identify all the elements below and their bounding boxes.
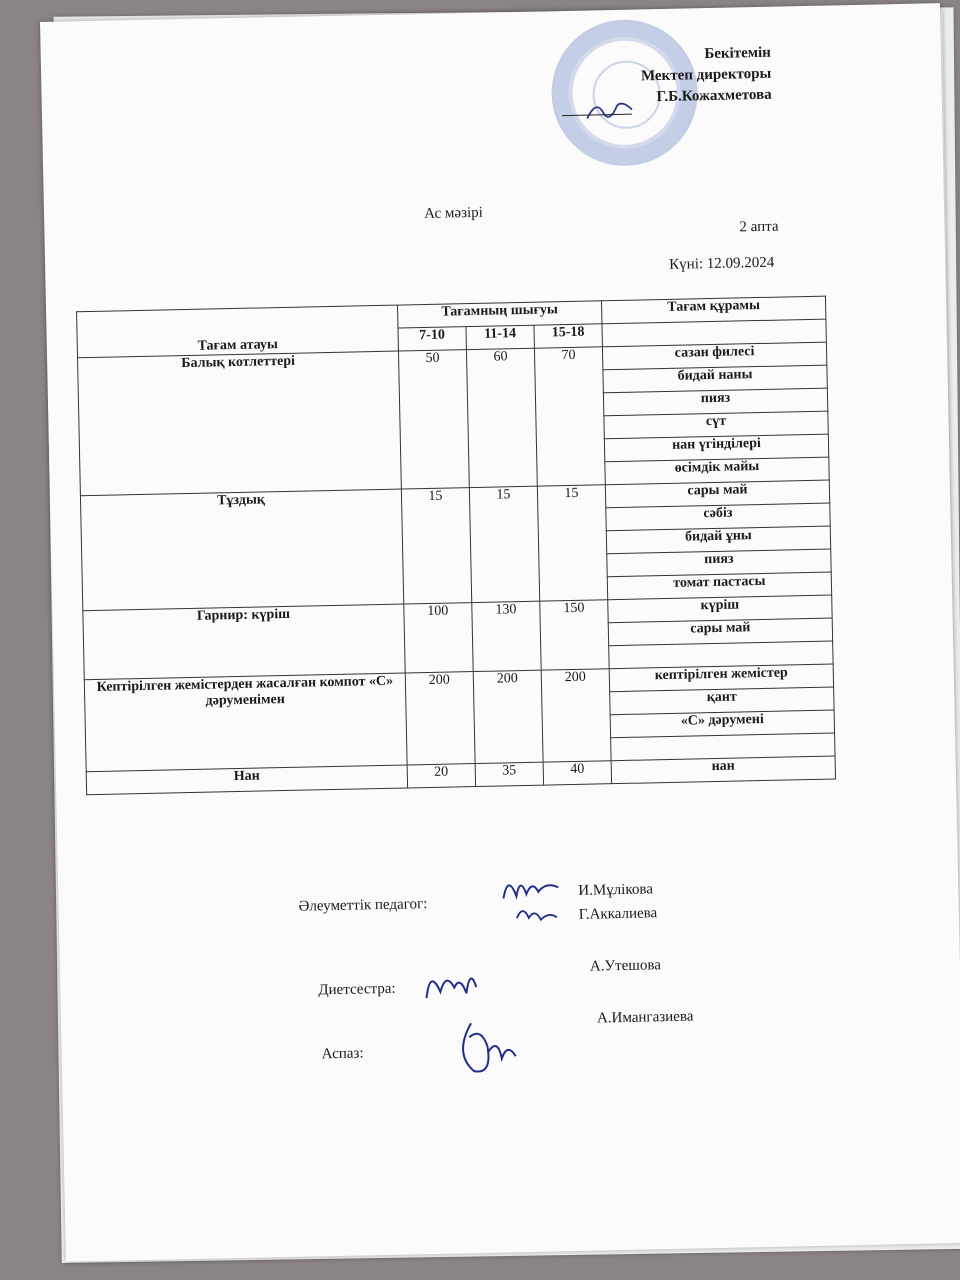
dish-name: Балық котлеттері — [78, 351, 402, 496]
yield-value: 20 — [407, 764, 475, 788]
dish-name: Кептірілген жемістерден жасалған компот … — [84, 673, 407, 772]
yield-value: 70 — [534, 347, 605, 486]
yield-value: 150 — [540, 600, 609, 670]
dietitian-signature — [420, 957, 491, 1018]
menu-document: Бекітемін Мектеп директоры Г.Б.Кожахмето… — [40, 3, 960, 1262]
name-uteshova: А.Утешова — [590, 957, 661, 975]
yield-value: 15 — [537, 485, 607, 601]
yield-value: 60 — [466, 348, 537, 487]
yield-value: 50 — [398, 350, 469, 489]
name-mulikova: И.Мұлікова — [578, 881, 653, 900]
yield-value: 15 — [401, 488, 471, 604]
role-social-pedagogue: Әлеуметтік педагог: — [298, 896, 427, 916]
header-dish-name: Тағам атауы — [77, 305, 399, 358]
name-akkalieva: Г.Аккалиева — [579, 905, 658, 924]
yield-value: 130 — [472, 601, 541, 671]
dish-name: Гарнир: күріш — [83, 604, 405, 680]
social-pedagogue-signature — [498, 867, 569, 928]
yield-value: 40 — [543, 761, 611, 785]
cook-signature — [451, 1012, 532, 1084]
yield-value: 200 — [473, 670, 543, 763]
role-cook: Аспаз: — [322, 1045, 364, 1063]
yield-value: 200 — [405, 672, 475, 765]
ingredient: нан — [611, 756, 835, 784]
yield-value: 200 — [541, 669, 611, 762]
approval-name: Г.Б.Кожахметова — [582, 85, 772, 110]
date-label: Күні: 12.09.2024 — [669, 255, 774, 274]
week-label: 2 апта — [739, 219, 778, 237]
role-dietitian: Диетсестра: — [318, 981, 396, 1000]
menu-table: Тағам атауы Тағамның шығуы Тағам құрамы … — [76, 296, 836, 796]
approval-block: Бекітемін Мектеп директоры Г.Б.Кожахмето… — [581, 43, 772, 110]
header-age-11-14: 11-14 — [466, 325, 534, 349]
document-title: Ас мәзірі — [424, 205, 483, 223]
dish-name: Тұздық — [80, 489, 403, 611]
yield-value: 100 — [404, 603, 473, 673]
yield-value: 15 — [469, 486, 539, 602]
header-age-15-18: 15-18 — [534, 324, 602, 348]
name-imangazieva: А.Имангазиева — [597, 1009, 694, 1028]
yield-value: 35 — [475, 762, 543, 786]
header-age-7-10: 7-10 — [398, 327, 466, 351]
